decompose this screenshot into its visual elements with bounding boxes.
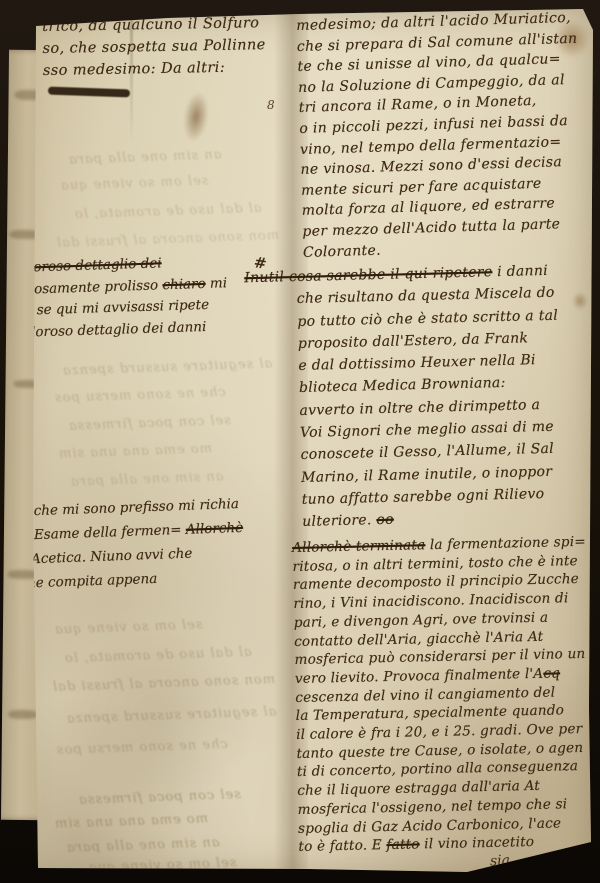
- bleedthrough-text-line: al dal uso de aromata, lo: [74, 201, 262, 223]
- damp-stain: [64, 628, 254, 808]
- main-text-block-2: Inutil cosa sarebbe il qui ripetere i da…: [296, 260, 563, 534]
- ink-stain: [181, 91, 212, 144]
- small-stain: [572, 292, 588, 310]
- main-text-block-3: Allorchè terminata la fermentazione spi=…: [292, 533, 592, 857]
- bleedthrough-text-line: sel om so viene qua: [88, 855, 237, 875]
- bleedthrough-text-line: an sim one alla para: [68, 147, 222, 167]
- manuscript-photo: an sim one alla parasel om so viene quaa…: [0, 0, 600, 883]
- bleedthrough-text-line: mo ema ana una sim: [54, 811, 208, 831]
- handwriting-line: so, che sospetta sua Pollinne: [42, 34, 265, 60]
- bleedthrough-text-line: sel om so viene qua: [60, 173, 209, 193]
- manuscript-page: an sim one alla parasel om so viene quaa…: [8, 8, 594, 875]
- bleedthrough-mark: [8, 710, 38, 719]
- margin-number: 8: [267, 98, 275, 112]
- bleedthrough-text-line: mo ema ana una sim: [58, 441, 212, 461]
- margin-note-2: ine che mi sono prefisso mi richiaall' E…: [8, 492, 245, 596]
- bleedthrough-text-line: an sim one alla para: [66, 835, 220, 855]
- bleedthrough-text-line: mon sono ancora al frussi dal: [56, 228, 280, 251]
- main-text-block-1: medesimo; da altri l'acido Muriatico,che…: [296, 8, 584, 263]
- bleedthrough-text-line: an sim one alla para: [70, 469, 224, 489]
- bleedthrough-text-line: sel con poca firmessa: [68, 413, 231, 434]
- handwriting-line: sso medesimo: Da altri:: [43, 56, 266, 82]
- margin-note-1: doloroso dettaglio deiodiosamente prolis…: [12, 251, 229, 344]
- ink-smear-line: [48, 87, 130, 98]
- left-page-text-fragment: trico, da qualcuno il Solfuroso, che sos…: [42, 12, 266, 82]
- bleedthrough-text-line: al seguitare sussurd spenza: [62, 356, 273, 378]
- catchword: sia: [490, 852, 511, 869]
- bleedthrough-text-line: che ne sono mersu pos: [54, 385, 226, 406]
